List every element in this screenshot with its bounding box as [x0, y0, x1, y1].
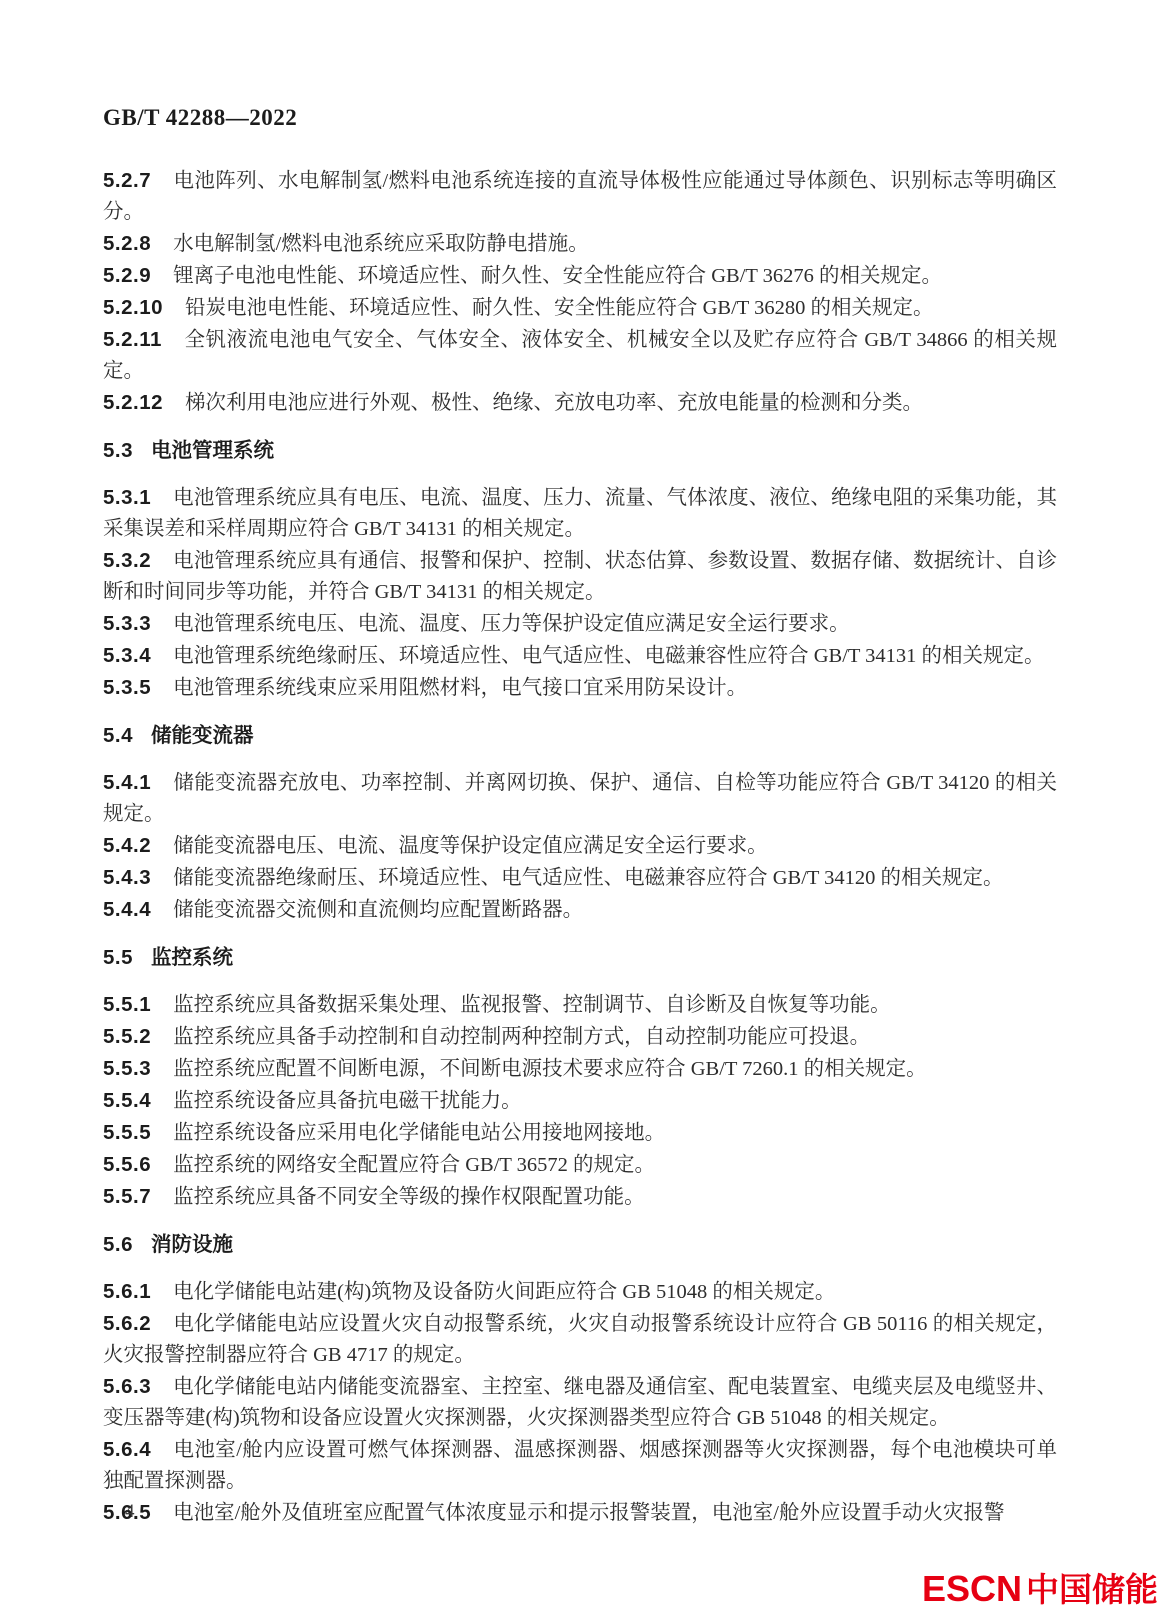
clause-text: 监控系统应具备手动控制和自动控制两种控制方式，自动控制功能应可投退。 — [173, 1026, 870, 1048]
clause-paragraph: 5.5.6监控系统的网络安全配置应符合 GB/T 36572 的规定。 — [103, 1149, 1057, 1181]
section-heading-text: 储能变流器 — [151, 724, 254, 747]
clause-text: 储能变流器交流侧和直流侧均应配置断路器。 — [173, 899, 583, 921]
clause-number: 5.4.2 — [103, 834, 151, 857]
clause-number: 5.6.4 — [103, 1438, 151, 1461]
section-heading-text: 电池管理系统 — [151, 439, 274, 462]
clause-paragraph: 5.2.10铅炭电池电性能、环境适应性、耐久性、安全性能应符合 GB/T 362… — [103, 292, 1057, 324]
clause-text: 全钒液流电池电气安全、气体安全、液体安全、机械安全以及贮存应符合 GB/T 34… — [103, 329, 1057, 382]
clause-number: 5.4.3 — [103, 866, 151, 889]
clause-number: 5.4.1 — [103, 771, 151, 794]
clause-text: 电池管理系统绝缘耐压、环境适应性、电气适应性、电磁兼容性应符合 GB/T 341… — [173, 645, 1044, 667]
clause-number: 5.6.3 — [103, 1375, 151, 1398]
clause-paragraph: 5.2.11全钒液流电池电气安全、气体安全、液体安全、机械安全以及贮存应符合 G… — [103, 324, 1057, 387]
clause-number: 5.5.4 — [103, 1089, 151, 1112]
clause-number: 5.6.2 — [103, 1312, 151, 1335]
clause-number: 5.3.1 — [103, 486, 151, 509]
page-number: 4 — [125, 1500, 135, 1524]
clause-number: 5.5.2 — [103, 1025, 151, 1048]
clause-text: 电池室/舱外及值班室应配置气体浓度显示和提示报警装置，电池室/舱外应设置手动火灾… — [173, 1502, 1004, 1524]
clause-paragraph: 5.3.1电池管理系统应具有电压、电流、温度、压力、流量、气体浓度、液位、绝缘电… — [103, 482, 1057, 545]
clause-paragraph: 5.4.3储能变流器绝缘耐压、环境适应性、电气适应性、电磁兼容应符合 GB/T … — [103, 862, 1057, 894]
clause-paragraph: 5.4.2储能变流器电压、电流、温度等保护设定值应满足安全运行要求。 — [103, 830, 1057, 862]
clause-number: 5.3.2 — [103, 549, 151, 572]
clause-paragraph: 5.2.7电池阵列、水电解制氢/燃料电池系统连接的直流导体极性应能通过导体颜色、… — [103, 165, 1057, 228]
clause-paragraph: 5.5.2监控系统应具备手动控制和自动控制两种控制方式，自动控制功能应可投退。 — [103, 1021, 1057, 1053]
clause-text: 储能变流器绝缘耐压、环境适应性、电气适应性、电磁兼容应符合 GB/T 34120… — [173, 867, 1003, 889]
clause-text: 电池管理系统电压、电流、温度、压力等保护设定值应满足安全运行要求。 — [173, 613, 850, 635]
clause-paragraph: 5.3.2电池管理系统应具有通信、报警和保护、控制、状态估算、参数设置、数据存储… — [103, 545, 1057, 608]
clause-number: 5.3.4 — [103, 644, 151, 667]
section-heading: 5.5监控系统 — [103, 942, 1057, 973]
clause-number: 5.2.9 — [103, 264, 151, 287]
section-heading-text: 消防设施 — [151, 1233, 233, 1256]
clause-number: 5.2.8 — [103, 232, 151, 255]
clause-paragraph: 5.5.4监控系统设备应具备抗电磁干扰能力。 — [103, 1085, 1057, 1117]
section-heading-text: 监控系统 — [151, 946, 233, 969]
clause-number: 5.3 — [103, 439, 133, 462]
document-content: GB/T 42288—2022 5.2.7电池阵列、水电解制氢/燃料电池系统连接… — [103, 104, 1057, 1529]
clause-text: 电池阵列、水电解制氢/燃料电池系统连接的直流导体极性应能通过导体颜色、识别标志等… — [103, 170, 1057, 223]
clause-number: 5.2.10 — [103, 296, 163, 319]
section-heading: 5.3电池管理系统 — [103, 435, 1057, 466]
clause-paragraph: 5.6.5电池室/舱外及值班室应配置气体浓度显示和提示报警装置，电池室/舱外应设… — [103, 1497, 1057, 1529]
clause-text: 电池室/舱内应设置可燃气体探测器、温感探测器、烟感探测器等火灾探测器，每个电池模… — [103, 1439, 1057, 1492]
clause-text: 电化学储能电站应设置火灾自动报警系统，火灾自动报警系统设计应符合 GB 5011… — [103, 1313, 1057, 1366]
section-heading: 5.4储能变流器 — [103, 720, 1057, 751]
clause-text: 监控系统的网络安全配置应符合 GB/T 36572 的规定。 — [173, 1154, 655, 1176]
clause-number: 5.2.12 — [103, 391, 163, 414]
clause-number: 5.3.3 — [103, 612, 151, 635]
clause-paragraph: 5.5.7监控系统应具备不同安全等级的操作权限配置功能。 — [103, 1181, 1057, 1213]
clause-number: 5.2.11 — [103, 328, 162, 351]
clause-text: 水电解制氢/燃料电池系统应采取防静电措施。 — [173, 233, 589, 255]
clause-number: 5.6.1 — [103, 1280, 151, 1303]
clause-paragraph: 5.2.12梯次利用电池应进行外观、极性、绝缘、充放电功率、充放电能量的检测和分… — [103, 387, 1057, 419]
clause-text: 铅炭电池电性能、环境适应性、耐久性、安全性能应符合 GB/T 36280 的相关… — [185, 297, 933, 319]
clause-text: 监控系统应具备数据采集处理、监视报警、控制调节、自诊断及自恢复等功能。 — [173, 994, 891, 1016]
clause-number: 5.4.4 — [103, 898, 151, 921]
section-heading: 5.6消防设施 — [103, 1229, 1057, 1260]
clause-text: 储能变流器充放电、功率控制、并离网切换、保护、通信、自检等功能应符合 GB/T … — [103, 772, 1057, 825]
document-body: 5.2.7电池阵列、水电解制氢/燃料电池系统连接的直流导体极性应能通过导体颜色、… — [103, 165, 1057, 1529]
clause-text: 电化学储能电站建(构)筑物及设备防火间距应符合 GB 51048 的相关规定。 — [173, 1281, 835, 1303]
clause-text: 电池管理系统线束应采用阻燃材料，电气接口宜采用防呆设计。 — [173, 677, 747, 699]
clause-paragraph: 5.5.5监控系统设备应采用电化学储能电站公用接地网接地。 — [103, 1117, 1057, 1149]
clause-paragraph: 5.6.1电化学储能电站建(构)筑物及设备防火间距应符合 GB 51048 的相… — [103, 1276, 1057, 1308]
clause-number: 5.5.5 — [103, 1121, 151, 1144]
clause-text: 监控系统应具备不同安全等级的操作权限配置功能。 — [173, 1186, 645, 1208]
clause-number: 5.5.1 — [103, 993, 151, 1016]
clause-paragraph: 5.6.2电化学储能电站应设置火灾自动报警系统，火灾自动报警系统设计应符合 GB… — [103, 1308, 1057, 1371]
watermark: ESCN 中国储能网 — [922, 1564, 1160, 1611]
clause-text: 监控系统设备应具备抗电磁干扰能力。 — [173, 1090, 522, 1112]
escn-logo: ESCN — [922, 1568, 1022, 1610]
clause-number: 5.5.6 — [103, 1153, 151, 1176]
clause-text: 梯次利用电池应进行外观、极性、绝缘、充放电功率、充放电能量的检测和分类。 — [185, 392, 923, 414]
clause-paragraph: 5.6.3电化学储能电站内储能变流器室、主控室、继电器及通信室、配电装置室、电缆… — [103, 1371, 1057, 1434]
clause-number: 5.5 — [103, 946, 133, 969]
clause-number: 5.4 — [103, 724, 133, 747]
clause-paragraph: 5.3.5电池管理系统线束应采用阻燃材料，电气接口宜采用防呆设计。 — [103, 672, 1057, 704]
clause-number: 5.5.3 — [103, 1057, 151, 1080]
clause-paragraph: 5.6.4电池室/舱内应设置可燃气体探测器、温感探测器、烟感探测器等火灾探测器，… — [103, 1434, 1057, 1497]
document-page: GB/T 42288—2022 5.2.7电池阵列、水电解制氢/燃料电池系统连接… — [0, 0, 1160, 1624]
clause-paragraph: 5.2.8水电解制氢/燃料电池系统应采取防静电措施。 — [103, 228, 1057, 260]
clause-text: 监控系统应配置不间断电源，不间断电源技术要求应符合 GB/T 7260.1 的相… — [173, 1058, 927, 1080]
clause-number: 5.5.7 — [103, 1185, 151, 1208]
clause-paragraph: 5.5.1监控系统应具备数据采集处理、监视报警、控制调节、自诊断及自恢复等功能。 — [103, 989, 1057, 1021]
watermark-site-name: 中国储能网 — [1026, 1564, 1160, 1611]
clause-paragraph: 5.5.3监控系统应配置不间断电源，不间断电源技术要求应符合 GB/T 7260… — [103, 1053, 1057, 1085]
clause-paragraph: 5.4.1储能变流器充放电、功率控制、并离网切换、保护、通信、自检等功能应符合 … — [103, 767, 1057, 830]
clause-paragraph: 5.4.4储能变流器交流侧和直流侧均应配置断路器。 — [103, 894, 1057, 926]
clause-text: 储能变流器电压、电流、温度等保护设定值应满足安全运行要求。 — [173, 835, 768, 857]
clause-text: 电池管理系统应具有通信、报警和保护、控制、状态估算、参数设置、数据存储、数据统计… — [103, 550, 1057, 603]
clause-text: 监控系统设备应采用电化学储能电站公用接地网接地。 — [173, 1122, 665, 1144]
clause-paragraph: 5.2.9锂离子电池电性能、环境适应性、耐久性、安全性能应符合 GB/T 362… — [103, 260, 1057, 292]
clause-number: 5.6 — [103, 1233, 133, 1256]
clause-text: 电化学储能电站内储能变流器室、主控室、继电器及通信室、配电装置室、电缆夹层及电缆… — [103, 1376, 1057, 1429]
clause-paragraph: 5.3.3电池管理系统电压、电流、温度、压力等保护设定值应满足安全运行要求。 — [103, 608, 1057, 640]
standard-number-header: GB/T 42288—2022 — [103, 104, 1057, 132]
clause-text: 锂离子电池电性能、环境适应性、耐久性、安全性能应符合 GB/T 36276 的相… — [173, 265, 942, 287]
clause-number: 5.2.7 — [103, 169, 151, 192]
clause-text: 电池管理系统应具有电压、电流、温度、压力、流量、气体浓度、液位、绝缘电阻的采集功… — [103, 487, 1057, 540]
clause-number: 5.3.5 — [103, 676, 151, 699]
clause-paragraph: 5.3.4电池管理系统绝缘耐压、环境适应性、电气适应性、电磁兼容性应符合 GB/… — [103, 640, 1057, 672]
